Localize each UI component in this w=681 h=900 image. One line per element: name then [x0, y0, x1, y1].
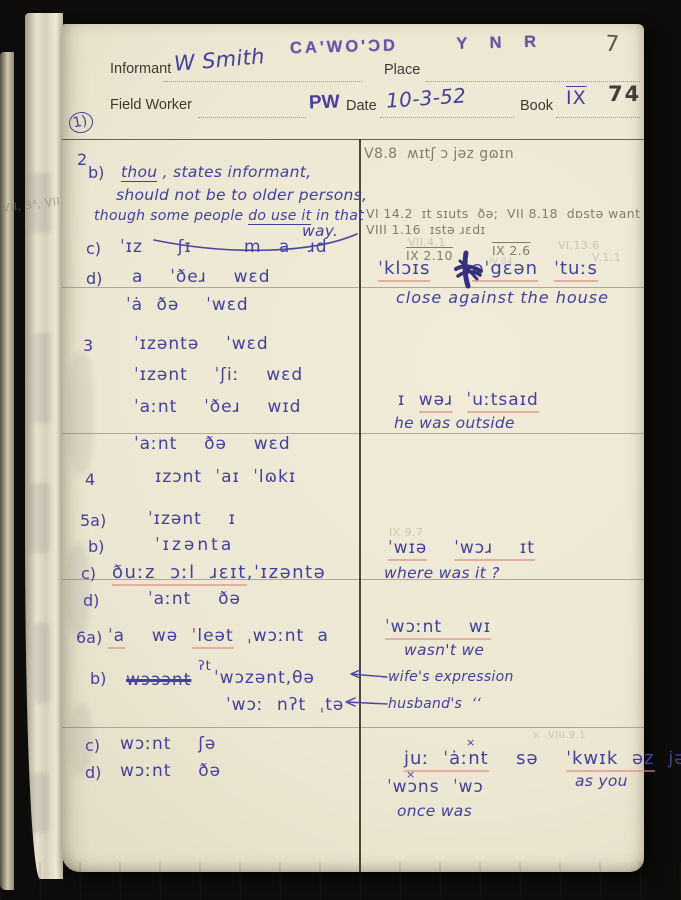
answer-2-gloss: he was outside [394, 414, 515, 432]
answer-1-gloss: close against the house [396, 288, 609, 307]
item-3-phonetic-2: ˈɪzənt ˈʃiː wɛd [134, 365, 303, 385]
answer-5-phonetic-2: ˈwɔns ˈwɔ [387, 777, 484, 797]
item-2c-phonetic: ˈɪz ʃɪ m a ɹd [120, 237, 328, 257]
answer-3-gloss: where was it ? [384, 564, 500, 582]
wifes-expression-note: wife's expression [388, 669, 514, 685]
thou-word: thou [121, 163, 157, 182]
place-label: Place [384, 62, 420, 78]
pencil-ref-line-3: VIII 1.16 ɪstə ɹɛdɪ [366, 222, 486, 237]
thou-line3-pre: though some people [94, 208, 248, 224]
item-3-phonetic-1: ˈɪzəntə ˈwɛd [134, 334, 269, 354]
place-stamp: CA'WO'ƆD Y N R [290, 33, 540, 59]
item-2d-label: d) [86, 269, 102, 288]
answer-1-word-b: əˈgɛən [472, 258, 538, 282]
fieldworker-label: Field Worker [110, 97, 192, 113]
answer-3-word-a: ˈwɪə [388, 538, 427, 561]
notebook-page: CA'WO'ƆD Y N R 7 Informant W Smith Place… [62, 24, 644, 872]
answer-3-phonetic: ˈwɪə ˈwɔɹ ɪt [388, 538, 535, 558]
answer-5-phonetic: juː ˈȧːnt sə ˈkwɪk əz jə [404, 748, 681, 769]
book-value: IX [566, 87, 587, 109]
item-5a-phonetic: ˈɪzənt ɪ [148, 509, 236, 529]
item-5c-phonetic: ðuːz ɔːl ɹɛɪt,ˈɪzəntə [112, 562, 326, 583]
answer-5-gloss-b: once was [397, 802, 472, 820]
item-6b-phonetic-2: ˈwɔː nʔt ˌtə [226, 695, 344, 715]
gap2 [453, 390, 466, 410]
item-6a-ul1: ˈa [108, 626, 125, 649]
note-thou-line1: thou , states informant, [121, 163, 311, 181]
note-thou-line2: should not be to older persons, [116, 186, 367, 204]
informant-label: Informant [110, 61, 171, 77]
answer-3-word-b: ˈwɔɹ ɪt [454, 538, 535, 561]
item-2b-label: b) [88, 163, 104, 182]
item-4-phonetic: ɪzɔnt ˈaɪ ˈlɷkɪ [155, 467, 296, 487]
item-3-number: 3 [83, 336, 93, 355]
informant-rule [164, 81, 362, 82]
book-rule [556, 117, 640, 118]
answer-2-word-b: wəɹ [419, 390, 453, 413]
answer-5-rest: jə [655, 748, 681, 769]
item-6a-rest: ˌwɔːnt a [234, 626, 329, 646]
answer-5-gloss-a: as you [575, 772, 628, 790]
answer-5-mid: sə [489, 748, 566, 769]
section-one-mark: 1) [67, 110, 95, 135]
answer-5-ul1: juː ˈȧːnt [404, 748, 489, 772]
thou-line1-rest: , states informant, [157, 163, 311, 181]
item-3-phonetic-3: ˈaːnt ˈðeɹ wɪd [134, 397, 301, 417]
date-label: Date [346, 98, 377, 114]
bleed-through-smudge [68, 354, 94, 474]
answer-2-phonetic: ɪ wəɹ ˈuːtsaɪd [398, 390, 539, 410]
page-number-top: 7 [604, 32, 620, 58]
answer-1-phonetic: ˈklɔɪsəˈgɛənˈtuːs [378, 258, 598, 279]
item-5b-label: b) [88, 537, 104, 556]
arrow-left-annotation-2 [346, 698, 387, 706]
answer-5-ul2: ˈkwɪk əz [566, 748, 654, 772]
answer-4-gloss: wasn't we [404, 641, 484, 659]
fieldworker-stamp: PW [309, 91, 340, 114]
item-5b-phonetic: ˈɪzənta [155, 535, 234, 555]
item-5c-underlined: ðuːz ɔːl ɹɛɪt [112, 562, 247, 586]
page-number-mid: 74 [608, 82, 641, 106]
item-6b-superscript: ʔt [198, 659, 212, 674]
scanned-notebook-photo: VII, 3⁴, VII.7.7 CA'WO'ƆD Y N R 7 Inform… [0, 0, 681, 900]
fieldworker-rule [198, 117, 306, 118]
arrow-left-annotation-1 [351, 670, 387, 678]
item-2-number: 2 [77, 150, 87, 169]
item-6b-label: b) [90, 669, 106, 688]
answer-2-word-a: ɪ [398, 390, 419, 410]
rule-line-5 [62, 727, 644, 728]
answer-1-word-c: ˈtuːs [554, 258, 598, 282]
item-3-phonetic-4: ˈaːnt ðə wɛd [134, 434, 291, 454]
bleed-through-smudge [66, 544, 90, 634]
bleed-through-smudge [70, 704, 92, 774]
item-2d-variant-phonetic: ˈȧ ðə ˈwɛd [126, 295, 249, 315]
answer-1-word-a: ˈklɔɪs [378, 258, 430, 282]
item-6c-phonetic: wɔːnt ʃə [120, 734, 216, 754]
book-page-edge-far [0, 52, 14, 890]
date-rule [380, 117, 514, 118]
pencil-ref-line-2: VI 14.2 ɪt sɪuts ðə; VII 8.18 dɒstə want [366, 206, 640, 221]
date-value: 10-3-52 [385, 83, 467, 113]
item-6a-mid: wə [125, 626, 192, 646]
item-6b-struck-word: wɔɔɔnt [126, 670, 191, 690]
husbands-note: husband's ʻʻ [388, 696, 481, 712]
book-label: Book [520, 98, 553, 114]
item-6b-phonetic: ˈwɔzənt,θə [214, 668, 315, 688]
informant-value: W Smith [173, 44, 265, 76]
answer-2-word-c: ˈuːtsaɪd [467, 390, 539, 413]
header-rule-line [62, 139, 644, 140]
item-2c-label: c) [86, 239, 101, 258]
gap3 [427, 538, 454, 558]
pencil-ref-line-1: V8.8 ʍɪtʃ ɔ jəz gɷɪn [364, 146, 514, 162]
previous-page-edge [25, 13, 63, 879]
item-5d-phonetic: ˈaːnt ðə [148, 589, 241, 609]
item-4-number: 4 [85, 470, 95, 489]
column-divider [359, 139, 361, 872]
pencil-ref-VIII-9-1: × VIII.9.1 [532, 730, 586, 741]
item-6d-phonetic: wɔːnt ðə [120, 761, 221, 781]
item-6a-ul2: ˈleət [192, 626, 234, 649]
item-5a-label: 5a) [80, 511, 106, 530]
answer-4-phonetic: ˈwɔːnt wɪ [385, 617, 491, 640]
item-2d-phonetic: a ˈðeɹ wɛd [132, 267, 271, 287]
pencil-ref-IX-2-6: IX 2.6 [492, 243, 531, 258]
item-6a-phonetic: ˈa wə ˈleət ˌwɔːnt a [108, 626, 329, 646]
item-5c-rest: ,ˈɪzəntə [247, 562, 326, 583]
